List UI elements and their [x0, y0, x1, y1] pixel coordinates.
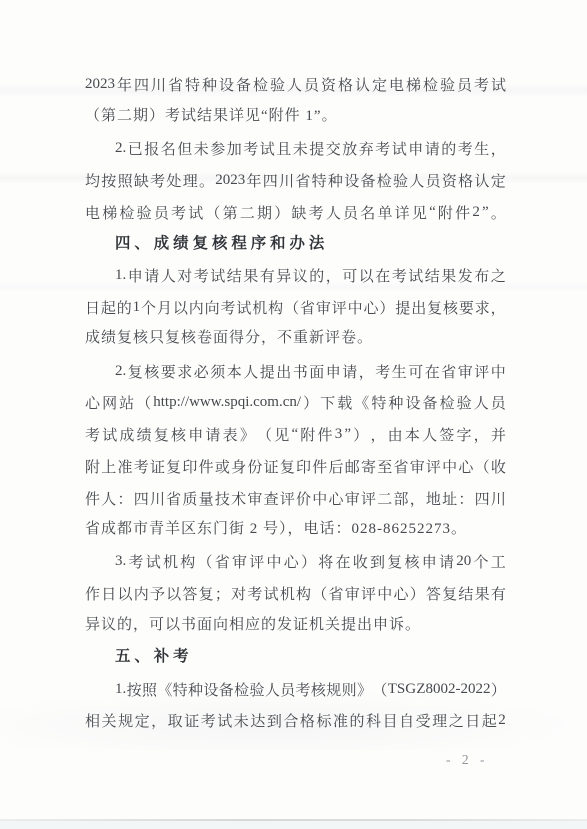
heading-section-4: 四、成绩复核程序和办法 — [85, 228, 506, 260]
page-number: - 2 - — [446, 752, 546, 768]
document-line: 件人：四川省质量技术审查评价中心审评二部，地址：四川 — [85, 482, 506, 514]
document-line: 附上准考证复印件或身份证复印件后邮寄至省审评中心（收 — [85, 451, 506, 483]
heading-section-5: 五、补考 — [85, 641, 506, 673]
document-line: 电梯检验员考试（第二期）缺考人员名单详见“附件2”。 — [85, 196, 506, 228]
document-line: 2.已报名但未参加考试且未提交放弃考试申请的考生， — [85, 133, 506, 165]
document-line: 异议的，可以书面向相应的发证机关提出申诉。 — [85, 610, 506, 642]
document-line: 相关规定，取证考试未达到合格标准的科目自受理之日起2 — [85, 705, 506, 737]
document-page: 2023年四川省特种设备检验人员资格认定电梯检验员考试 （第二期）考试结果详见“… — [0, 0, 587, 829]
document-line: 均按照缺考处理。2023年四川省特种设备检验人员资格认定 — [85, 164, 506, 196]
document-line: 考试成绩复核申请表》（见“附件3”），由本人签字，并 — [85, 419, 506, 451]
document-line: 3.考试机构（省审评中心）将在收到复核申请20个工 — [85, 546, 506, 578]
document-line: 1.按照《特种设备检验人员考核规则》（TSGZ8002-2022） — [85, 673, 506, 705]
document-line: 心网站（http://www.spqi.com.cn/）下载《特种设备检验人员 — [85, 387, 506, 419]
page-bottom-strip — [0, 821, 587, 829]
document-line: 日起的1个月以内向考试机构（省审评中心）提出复核要求， — [85, 292, 506, 324]
document-line: 省成都市青羊区东门街 2 号），电话：028-86252273。 — [85, 514, 506, 546]
page-content: 2023年四川省特种设备检验人员资格认定电梯检验员考试 （第二期）考试结果详见“… — [85, 69, 506, 737]
document-line: 2.复核要求必须本人提出书面申请，考生可在省审评中 — [85, 355, 506, 387]
document-line: 作日以内予以答复；对考试机构（省审评中心）答复结果有 — [85, 578, 506, 610]
document-line: （第二期）考试结果详见“附件 1”。 — [85, 101, 506, 133]
document-line: 2023年四川省特种设备检验人员资格认定电梯检验员考试 — [85, 69, 506, 101]
document-line: 成绩复核只复核卷面得分，不重新评卷。 — [85, 323, 506, 355]
document-line: 1.申请人对考试结果有异议的，可以在考试结果发布之 — [85, 260, 506, 292]
